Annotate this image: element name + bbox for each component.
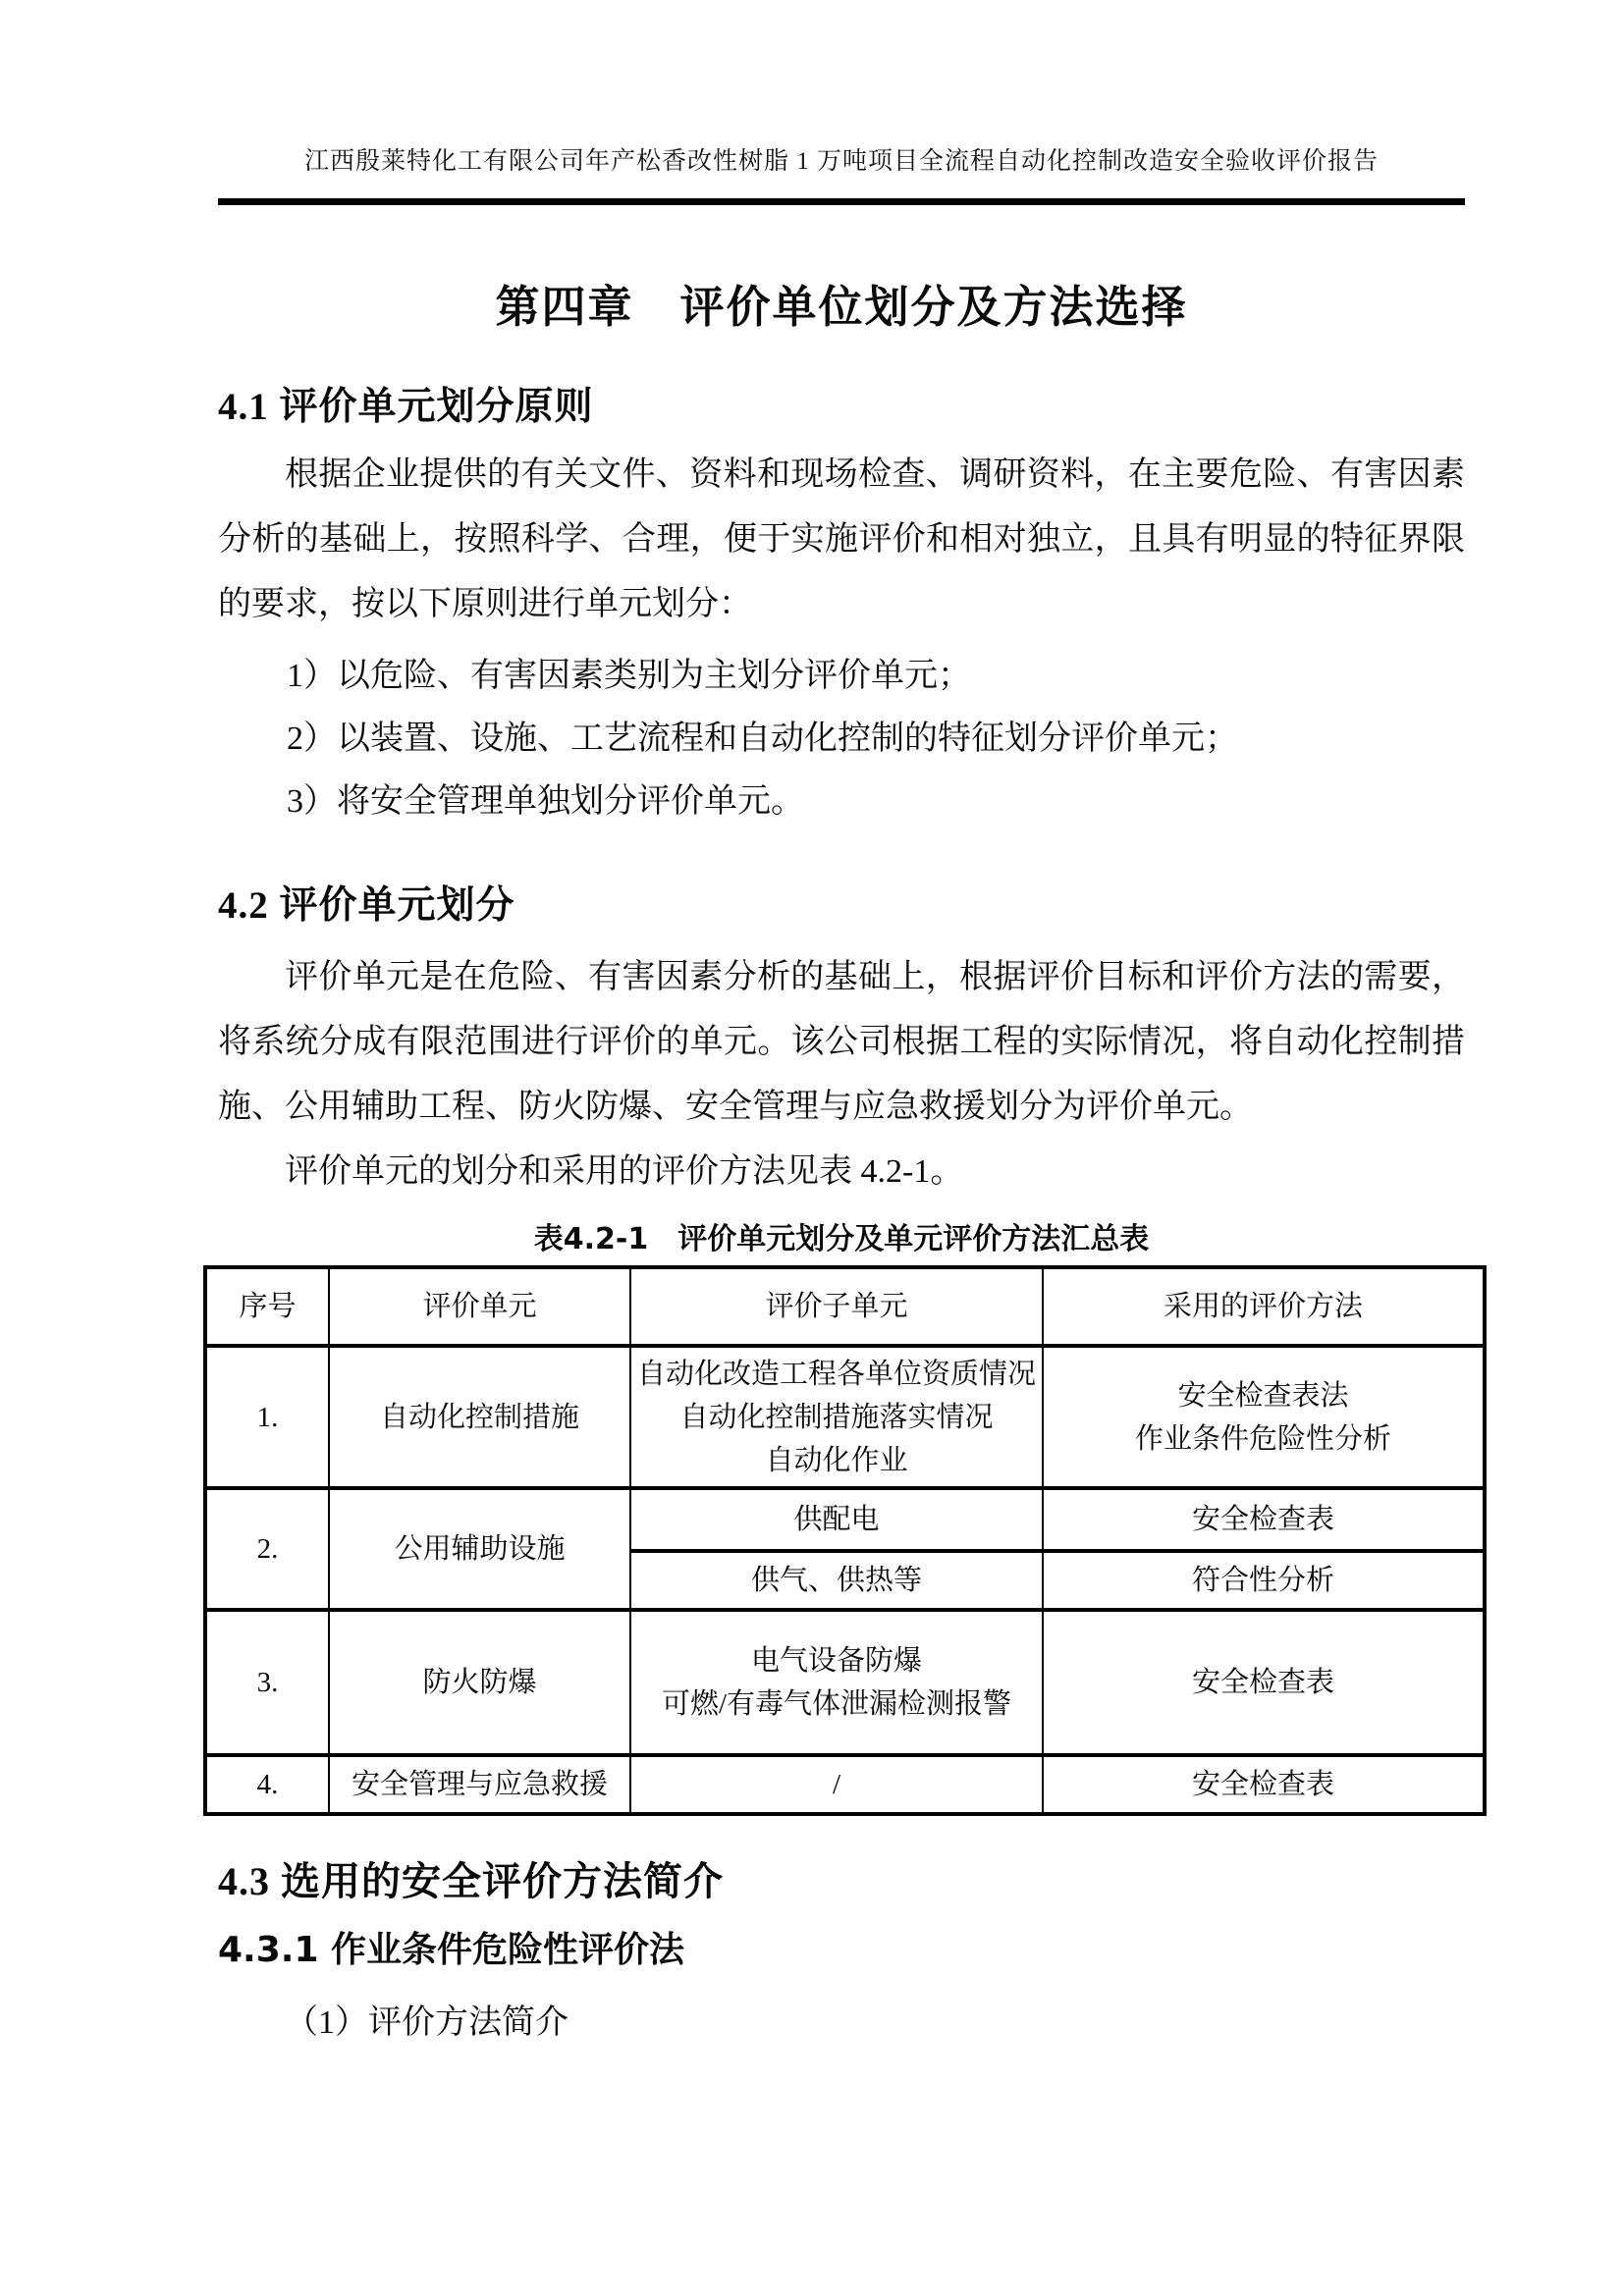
paragraph-4-2-1: 评价单元是在危险、有害因素分析的基础上，根据评价目标和评价方法的需要，将系统分成… [218, 945, 1465, 1140]
heading-4-1: 4.1 评价单元划分原则 [218, 384, 1465, 431]
cell-unit: 公用辅助设施 [329, 1488, 630, 1610]
header-cell-seq: 序号 [205, 1267, 329, 1346]
method-line: 作业条件危险性分析 [1050, 1417, 1477, 1461]
subunit-line: 可燃/有毒气体泄漏检测报警 [637, 1682, 1036, 1726]
cell-unit: 自动化控制措施 [329, 1346, 630, 1488]
heading-4-2: 4.2 评价单元划分 [218, 882, 1465, 930]
paragraph-4-1: 根据企业提供的有关文件、资料和现场检查、调研资料，在主要危险、有害因素分析的基础… [218, 443, 1465, 637]
table-row: 2. 公用辅助设施 供配电 安全检查表 [205, 1488, 1485, 1551]
heading-4-3: 4.3 选用的安全评价方法简介 [218, 1857, 1465, 1906]
page-content: 江西殷莱特化工有限公司年产松香改性树脂 1 万吨项目全流程自动化控制改造安全验收… [0, 0, 1624, 2056]
subunit-line: 电气设备防爆 [637, 1639, 1036, 1682]
cell-method: 安全检查表法 作业条件危险性分析 [1043, 1346, 1485, 1488]
header-cell-method: 采用的评价方法 [1043, 1267, 1485, 1346]
cell-seq: 3. [205, 1610, 329, 1755]
cell-subunit: 供气、供热等 [630, 1551, 1043, 1610]
cell-subunit: / [630, 1755, 1043, 1814]
table-row: 3. 防火防爆 电气设备防爆 可燃/有毒气体泄漏检测报警 安全检查表 [205, 1610, 1485, 1755]
running-header: 江西殷莱特化工有限公司年产松香改性树脂 1 万吨项目全流程自动化控制改造安全验收… [218, 147, 1465, 177]
subunit-line: 自动化改造工程各单位资质情况 [637, 1353, 1036, 1396]
table-header-row: 序号 评价单元 评价子单元 采用的评价方法 [205, 1267, 1485, 1346]
principles-list: 1）以危险、有害因素类别为主划分评价单元； 2）以装置、设施、工艺流程和自动化控… [218, 645, 1465, 833]
header-cell-subunit: 评价子单元 [630, 1267, 1043, 1346]
cell-unit: 防火防爆 [329, 1610, 630, 1755]
table-row: 1. 自动化控制措施 自动化改造工程各单位资质情况 自动化控制措施落实情况 自动… [205, 1346, 1485, 1488]
subunit-line: 自动化作业 [637, 1439, 1036, 1482]
cell-subunit: 电气设备防爆 可燃/有毒气体泄漏检测报警 [630, 1610, 1043, 1755]
header-rule [218, 198, 1465, 205]
cell-seq: 1. [205, 1346, 329, 1488]
list-item: 1）以危险、有害因素类别为主划分评价单元； [218, 645, 1465, 708]
evaluation-units-table: 序号 评价单元 评价子单元 采用的评价方法 1. 自动化控制措施 自动化改造工程… [203, 1265, 1487, 1816]
cell-seq: 4. [205, 1755, 329, 1814]
report-page: 江西殷莱特化工有限公司年产松香改性树脂 1 万吨项目全流程自动化控制改造安全验收… [0, 0, 1624, 2296]
cell-subunit: 自动化改造工程各单位资质情况 自动化控制措施落实情况 自动化作业 [630, 1346, 1043, 1488]
table-caption: 表4.2-1 评价单元划分及单元评价方法汇总表 [218, 1220, 1465, 1259]
header-cell-unit: 评价单元 [329, 1267, 630, 1346]
cell-method: 安全检查表 [1043, 1488, 1485, 1551]
chapter-title: 第四章 评价单位划分及方法选择 [218, 280, 1465, 335]
cell-seq: 2. [205, 1488, 329, 1610]
list-item: 2）以装置、设施、工艺流程和自动化控制的特征划分评价单元； [218, 708, 1465, 771]
cell-method: 安全检查表 [1043, 1755, 1485, 1814]
list-item: 3）将安全管理单独划分评价单元。 [218, 771, 1465, 833]
subunit-line: 自动化控制措施落实情况 [637, 1396, 1036, 1439]
table-row: 4. 安全管理与应急救援 / 安全检查表 [205, 1755, 1485, 1814]
paragraph-4-2-2: 评价单元的划分和采用的评价方法见表 4.2-1。 [218, 1140, 1465, 1204]
method-line: 安全检查表法 [1050, 1374, 1477, 1417]
cell-unit: 安全管理与应急救援 [329, 1755, 630, 1814]
heading-4-3-1: 4.3.1 作业条件危险性评价法 [218, 1928, 1465, 1973]
cell-method: 符合性分析 [1043, 1551, 1485, 1610]
cell-method: 安全检查表 [1043, 1610, 1485, 1755]
cell-subunit: 供配电 [630, 1488, 1043, 1551]
paragraph-4-3-1: （1）评价方法简介 [218, 1991, 1465, 2056]
